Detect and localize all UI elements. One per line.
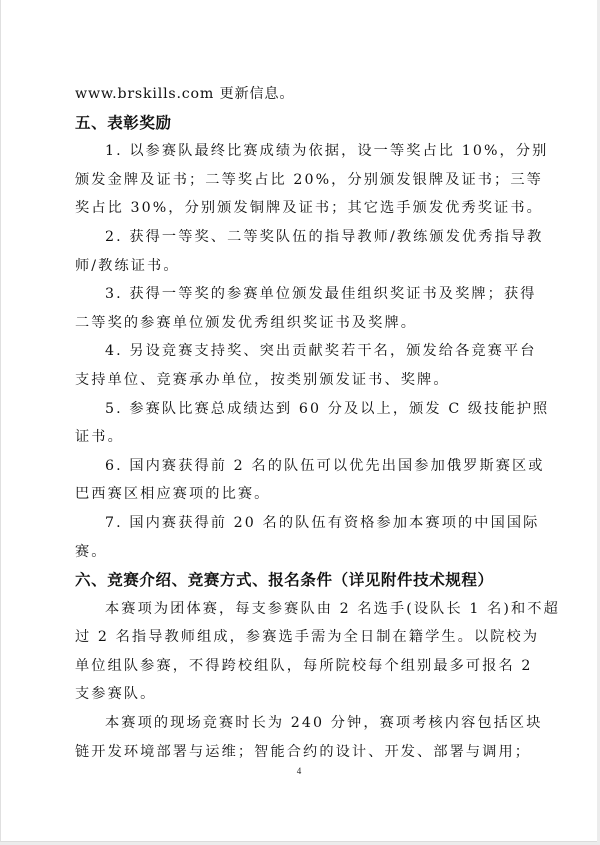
paragraph-line: 2. 获得一等奖、二等奖队伍的指导教师/教练颁发优秀指导教 [75, 223, 525, 252]
paragraph-line: 师/教练证书。 [75, 252, 525, 281]
paragraph-line: 本赛项的现场竞赛时长为 240 分钟，赛项考核内容包括区块 [75, 709, 525, 738]
paragraph-line: 证书。 [75, 423, 525, 452]
paragraph-line: 赛。 [75, 538, 525, 567]
paragraph-line: 过 2 名指导教师组成，参赛选手需为全日制在籍学生。以院校为 [75, 623, 525, 652]
paragraph-line: 单位组队参赛，不得跨校组队，每所院校每个组别最多可报名 2 [75, 652, 525, 681]
paragraph-line: 5. 参赛队比赛总成绩达到 60 分及以上，颁发 C 级技能护照 [75, 395, 525, 424]
paragraph-line: 1. 以参赛队最终比赛成绩为依据，设一等奖占比 10%，分别 [75, 137, 525, 166]
paragraph-line: 巴西赛区相应赛项的比赛。 [75, 480, 525, 509]
text-line-url: www.brskills.com 更新信息。 [75, 80, 525, 109]
paragraph-line: 支持单位、竞赛承办单位，按类别颁发证书、奖牌。 [75, 366, 525, 395]
paragraph-line: 二等奖的参赛单位颁发优秀组织奖证书及奖牌。 [75, 309, 525, 338]
section-heading-competition: 六、竞赛介绍、竞赛方式、报名条件（详见附件技术规程） [75, 566, 525, 595]
document-page: www.brskills.com 更新信息。 五、表彰奖励 1. 以参赛队最终比… [0, 0, 598, 842]
section-heading-awards: 五、表彰奖励 [75, 109, 525, 138]
paragraph-line: 4. 另设竞赛支持奖、突出贡献奖若干名，颁发给各竞赛平台 [75, 337, 525, 366]
paragraph-line: 支参赛队。 [75, 680, 525, 709]
paragraph-line: 奖占比 30%，分别颁发铜牌及证书；其它选手颁发优秀奖证书。 [75, 194, 525, 223]
paragraph-line: 颁发金牌及证书；二等奖占比 20%，分别颁发银牌及证书；三等 [75, 166, 525, 195]
paragraph-line: 本赛项为团体赛，每支参赛队由 2 名选手(设队长 1 名)和不超 [75, 595, 525, 624]
paragraph-line: 3. 获得一等奖的参赛单位颁发最佳组织奖证书及奖牌；获得 [75, 280, 525, 309]
page-content: www.brskills.com 更新信息。 五、表彰奖励 1. 以参赛队最终比… [75, 80, 525, 766]
paragraph-line: 6. 国内赛获得前 2 名的队伍可以优先出国参加俄罗斯赛区或 [75, 452, 525, 481]
page-number: 4 [1, 766, 597, 776]
paragraph-line: 链开发环境部署与运维；智能合约的设计、开发、部署与调用； [75, 738, 525, 767]
paragraph-line: 7. 国内赛获得前 20 名的队伍有资格参加本赛项的中国国际 [75, 509, 525, 538]
